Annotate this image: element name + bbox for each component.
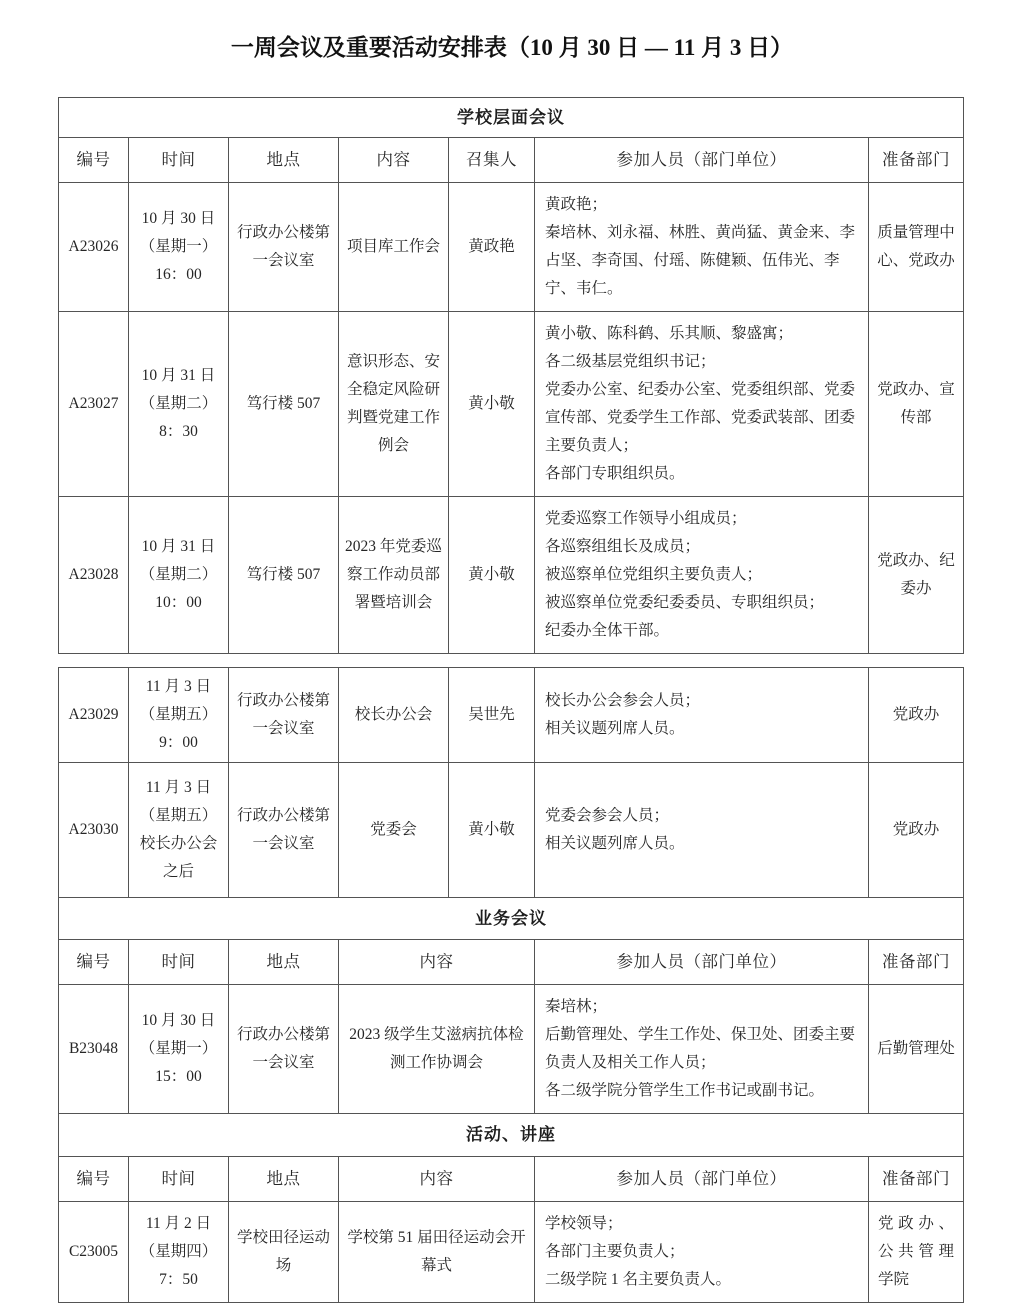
- meeting-row-a23030: A23030 11 月 3 日 （星期五） 校长办公会 之后 行政办公楼第一会议…: [59, 763, 964, 898]
- col-header-time: 时间: [129, 138, 229, 183]
- cell-convener: 吴世先: [449, 668, 535, 763]
- cell-participants: 黄小敬、陈科鹤、乐其顺、黎盛寓； 各二级基层党组织书记； 党委办公室、纪委办公室…: [535, 312, 869, 497]
- business-header-row: 编号 时间 地点 内容 参加人员（部门单位） 准备部门: [59, 940, 964, 985]
- cell-convener: 黄小敬: [449, 497, 535, 654]
- cell-time: 10 月 30 日 （星期一） 16：00: [129, 183, 229, 312]
- col-header-id: 编号: [59, 138, 129, 183]
- cell-participants: 秦培林； 后勤管理处、学生工作处、保卫处、团委主要负责人及相关工作人员； 各二级…: [535, 985, 869, 1114]
- continued-schedule-table: A23029 11 月 3 日 （星期五） 9：00 行政办公楼第一会议室 校长…: [58, 667, 964, 1303]
- cell-time: 10 月 31 日 （星期二） 10：00: [129, 497, 229, 654]
- cell-meeting-id: A23028: [59, 497, 129, 654]
- col-header-time: 时间: [129, 940, 229, 985]
- col-header-content: 内容: [339, 940, 535, 985]
- section-row-school: 学校层面会议: [59, 98, 964, 138]
- cell-convener: 黄政艳: [449, 183, 535, 312]
- col-header-content: 内容: [339, 1157, 535, 1202]
- cell-time: 10 月 31 日 （星期二） 8：30: [129, 312, 229, 497]
- cell-content: 项目库工作会: [339, 183, 449, 312]
- cell-meeting-id: C23005: [59, 1202, 129, 1303]
- cell-content: 党委会: [339, 763, 449, 898]
- section-row-activities: 活动、讲座: [59, 1114, 964, 1157]
- cell-time: 10 月 30 日 （星期一） 15：00: [129, 985, 229, 1114]
- school-meetings-table: 学校层面会议 编号 时间 地点 内容 召集人 参加人员（部门单位） 准备部门 A…: [58, 97, 964, 654]
- section-row-business: 业务会议: [59, 898, 964, 940]
- section-title-business: 业务会议: [59, 898, 964, 940]
- col-header-location: 地点: [229, 138, 339, 183]
- cell-prep-department: 党政办、公共管理学院: [869, 1202, 964, 1303]
- col-header-time: 时间: [129, 1157, 229, 1202]
- col-header-participants: 参加人员（部门单位）: [535, 138, 869, 183]
- page-title: 一周会议及重要活动安排表（10 月 30 日 — 11 月 3 日）: [0, 30, 1024, 66]
- cell-meeting-id: A23029: [59, 668, 129, 763]
- cell-content: 2023 级学生艾滋病抗体检测工作协调会: [339, 985, 535, 1114]
- cell-participants: 党委巡察工作领导小组成员； 各巡察组组长及成员； 被巡察单位党组织主要负责人； …: [535, 497, 869, 654]
- section-title-activities: 活动、讲座: [59, 1114, 964, 1157]
- col-header-prep: 准备部门: [869, 940, 964, 985]
- cell-meeting-id: A23026: [59, 183, 129, 312]
- cell-participants: 党委会参会人员； 相关议题列席人员。: [535, 763, 869, 898]
- cell-participants: 校长办公会参会人员； 相关议题列席人员。: [535, 668, 869, 763]
- cell-participants: 黄政艳； 秦培林、刘永福、林胜、黄尚猛、黄金来、李占坚、李奇国、付瑶、陈健颖、伍…: [535, 183, 869, 312]
- activities-header-row: 编号 时间 地点 内容 参加人员（部门单位） 准备部门: [59, 1157, 964, 1202]
- cell-meeting-id: A23030: [59, 763, 129, 898]
- cell-prep-department: 质量管理中心、党政办: [869, 183, 964, 312]
- col-header-convener: 召集人: [449, 138, 535, 183]
- cell-time: 11 月 3 日 （星期五） 校长办公会 之后: [129, 763, 229, 898]
- col-header-id: 编号: [59, 1157, 129, 1202]
- col-header-location: 地点: [229, 1157, 339, 1202]
- cell-meeting-id: B23048: [59, 985, 129, 1114]
- cell-participants: 学校领导； 各部门主要负责人； 二级学院 1 名主要负责人。: [535, 1202, 869, 1303]
- school-header-row: 编号 时间 地点 内容 召集人 参加人员（部门单位） 准备部门: [59, 138, 964, 183]
- cell-location: 笃行楼 507: [229, 312, 339, 497]
- cell-time: 11 月 2 日 （星期四） 7：50: [129, 1202, 229, 1303]
- cell-location: 行政办公楼第一会议室: [229, 985, 339, 1114]
- col-header-prep: 准备部门: [869, 138, 964, 183]
- cell-prep-department: 党政办、纪委办: [869, 497, 964, 654]
- cell-prep-department: 党政办、宣传部: [869, 312, 964, 497]
- cell-meeting-id: A23027: [59, 312, 129, 497]
- cell-location: 行政办公楼第一会议室: [229, 668, 339, 763]
- meeting-row-c23005: C23005 11 月 2 日 （星期四） 7：50 学校田径运动场 学校第 5…: [59, 1202, 964, 1303]
- cell-location: 行政办公楼第一会议室: [229, 183, 339, 312]
- cell-prep-department: 后勤管理处: [869, 985, 964, 1114]
- col-header-participants: 参加人员（部门单位）: [535, 1157, 869, 1202]
- meeting-row-a23029: A23029 11 月 3 日 （星期五） 9：00 行政办公楼第一会议室 校长…: [59, 668, 964, 763]
- cell-location: 笃行楼 507: [229, 497, 339, 654]
- cell-content: 2023 年党委巡察工作动员部署暨培训会: [339, 497, 449, 654]
- col-header-id: 编号: [59, 940, 129, 985]
- cell-content: 意识形态、安全稳定风险研判暨党建工作例会: [339, 312, 449, 497]
- col-header-participants: 参加人员（部门单位）: [535, 940, 869, 985]
- meeting-row-b23048: B23048 10 月 30 日 （星期一） 15：00 行政办公楼第一会议室 …: [59, 985, 964, 1114]
- meeting-row-a23028: A23028 10 月 31 日 （星期二） 10：00 笃行楼 507 202…: [59, 497, 964, 654]
- cell-convener: 黄小敬: [449, 763, 535, 898]
- cell-prep-department: 党政办: [869, 668, 964, 763]
- col-header-prep: 准备部门: [869, 1157, 964, 1202]
- col-header-content: 内容: [339, 138, 449, 183]
- cell-location: 行政办公楼第一会议室: [229, 763, 339, 898]
- cell-time: 11 月 3 日 （星期五） 9：00: [129, 668, 229, 763]
- cell-location: 学校田径运动场: [229, 1202, 339, 1303]
- col-header-location: 地点: [229, 940, 339, 985]
- meeting-row-a23026: A23026 10 月 30 日 （星期一） 16：00 行政办公楼第一会议室 …: [59, 183, 964, 312]
- cell-content: 校长办公会: [339, 668, 449, 763]
- cell-content: 学校第 51 届田径运动会开幕式: [339, 1202, 535, 1303]
- meeting-row-a23027: A23027 10 月 31 日 （星期二） 8：30 笃行楼 507 意识形态…: [59, 312, 964, 497]
- cell-convener: 黄小敬: [449, 312, 535, 497]
- section-title-school: 学校层面会议: [59, 98, 964, 138]
- cell-prep-department: 党政办: [869, 763, 964, 898]
